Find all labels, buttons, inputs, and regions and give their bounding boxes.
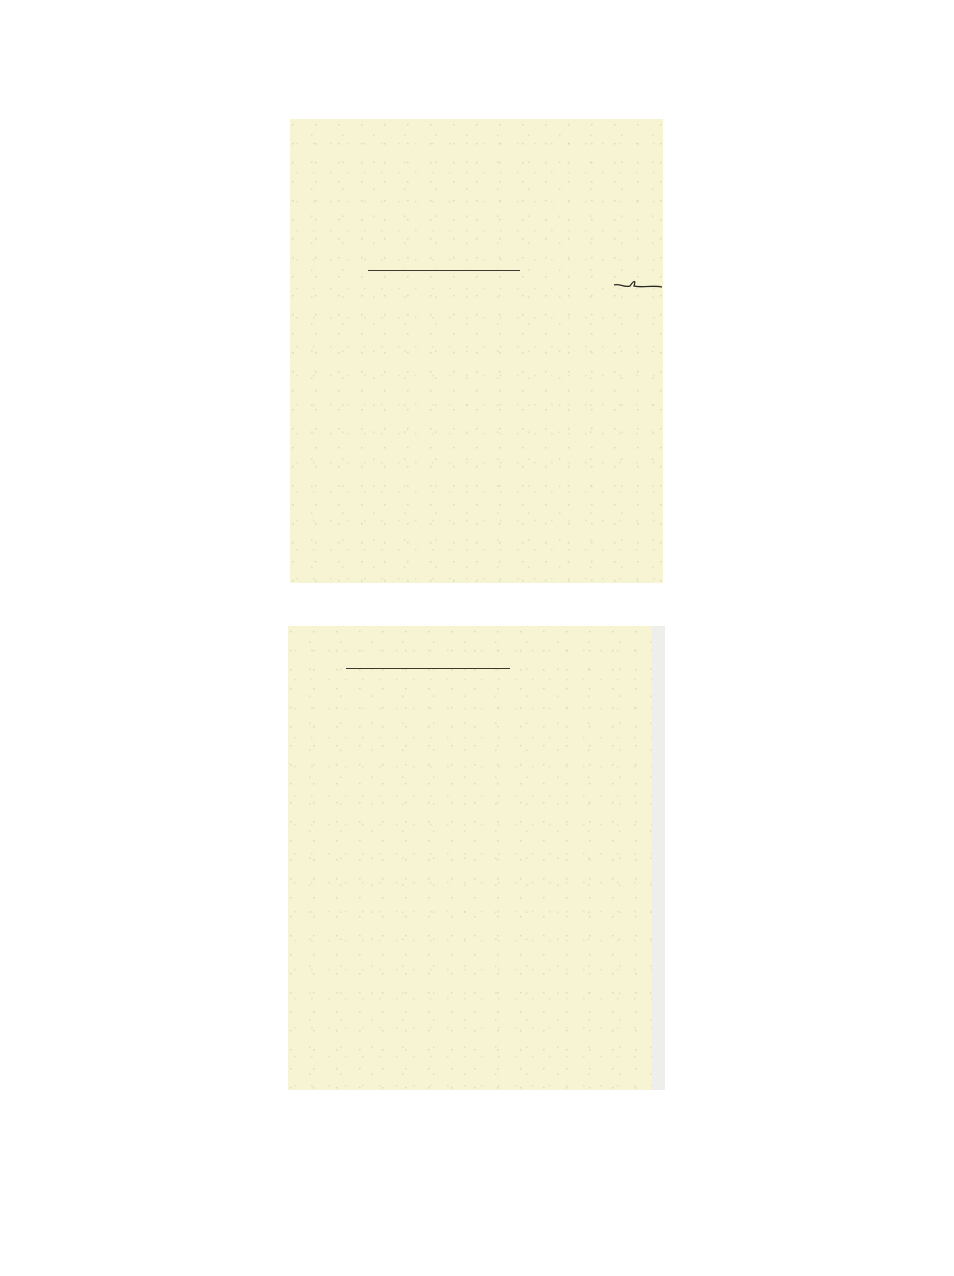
- scanned-page-bottom: [288, 626, 665, 1090]
- scan-edge: [652, 626, 665, 1090]
- scanned-page-top: [290, 119, 663, 583]
- separator-rule: [346, 668, 510, 669]
- separator-rule: [368, 270, 520, 271]
- pen-mark-icon: [612, 276, 664, 292]
